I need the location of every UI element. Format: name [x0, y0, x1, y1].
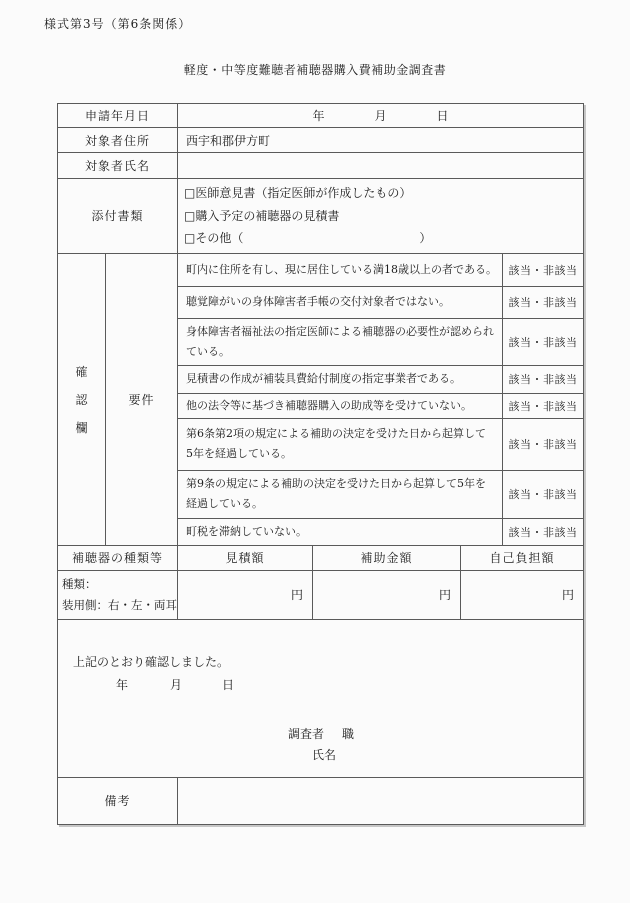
attachment-item: □その他（） — [184, 227, 579, 250]
year-unit: 年 — [116, 676, 128, 693]
hearing-aid-type-cell: 種類： 装用側：右・左・両耳 — [58, 570, 178, 619]
name-label: 対象者氏名 — [58, 153, 178, 179]
requirement-line: 他の法令等に基づき補聴器購入の助成等を受けていない。 — [186, 396, 498, 416]
application-date-field: 年月日 — [178, 104, 584, 128]
requirement-text: 聴覚障がいの身体障害者手帳の交付対象者ではない。 — [178, 286, 503, 318]
certification-section: 上記のとおり確認しました。 年 月 日 調査者 職 氏名 — [58, 619, 584, 777]
check-column-char: 認 — [75, 391, 87, 408]
checkbox-icon[interactable]: □ — [184, 205, 195, 228]
table-row: 対象者氏名 — [58, 153, 584, 179]
table-row: 申請年月日 年月日 — [58, 104, 584, 128]
requirement-line: 第6条第2項の規定による補助の決定を受けた日から起算して — [186, 424, 498, 444]
requirement-text: 見積書の作成が補装具費給付制度の指定事業者である。 — [178, 365, 503, 393]
requirement-text: 第6条第2項の規定による補助の決定を受けた日から起算して 5年を経過している。 — [178, 418, 503, 470]
type-label: 種類： — [62, 574, 175, 595]
result-options[interactable]: 該当・非該当 — [503, 365, 584, 393]
application-date-label: 申請年月日 — [58, 104, 178, 128]
requirement-text: 町内に住所を有し、現に居住している満18歳以上の者である。 — [178, 253, 503, 286]
form-number: 様式第3号（第6条関係） — [44, 15, 191, 32]
check-column-label: 確 認 欄 — [58, 253, 106, 545]
result-options[interactable]: 該当・非該当 — [503, 318, 584, 365]
year-unit: 年 — [313, 109, 325, 123]
table-row: 確 認 欄 要件 町内に住所を有し、現に居住している満18歳以上の者である。 該… — [58, 253, 584, 286]
result-options[interactable]: 該当・非該当 — [503, 393, 584, 418]
result-options[interactable]: 該当・非該当 — [503, 418, 584, 470]
attachment-text: 医師意見書（指定医師が作成したもの） — [195, 186, 411, 200]
attachment-text-close: ） — [419, 231, 431, 245]
table-row: 補聴器の種類等 見積額 補助金額 自己負担額 — [58, 545, 584, 570]
investigator-label: 調査者 — [288, 725, 324, 742]
address-value: 西宇和郡伊方町 — [178, 128, 584, 153]
wearing-side-label: 装用側：右・左・両耳 — [62, 595, 175, 616]
attachment-text: 購入予定の補聴器の見積書 — [195, 209, 339, 223]
result-options[interactable]: 該当・非該当 — [503, 518, 584, 545]
requirement-line: 第9条の規定による補助の決定を受けた日から起算して5年を — [186, 474, 498, 494]
requirement-text: 第9条の規定による補助の決定を受けた日から起算して5年を 経過している。 — [178, 470, 503, 518]
self-pay-amount-cell: 円 — [461, 570, 584, 619]
certification-statement: 上記のとおり確認しました。 — [73, 653, 229, 670]
month-unit: 月 — [375, 109, 387, 123]
check-column-char: 欄 — [75, 419, 87, 436]
attachments-label: 添付書類 — [58, 179, 178, 254]
requirement-line: 見積書の作成が補装具費給付制度の指定事業者である。 — [186, 369, 498, 389]
requirement-line: 5年を経過している。 — [186, 444, 498, 464]
requirement-line: 聴覚障がいの身体障害者手帳の交付対象者ではない。 — [186, 292, 498, 312]
requirement-text: 他の法令等に基づき補聴器購入の助成等を受けていない。 — [178, 393, 503, 418]
document-page: 様式第3号（第6条関係） 軽度・中等度難聴者補聴器購入費補助金調査書 申請年月日… — [0, 0, 630, 903]
requirement-line: 身体障害者福祉法の指定医師による補聴器の必要性が認められ — [186, 322, 498, 342]
table-row: 添付書類 □医師意見書（指定医師が作成したもの） □購入予定の補聴器の見積書 □… — [58, 179, 584, 254]
day-unit: 日 — [222, 676, 234, 693]
position-label: 職 — [342, 725, 354, 742]
checkbox-icon[interactable]: □ — [184, 227, 195, 250]
requirement-line: 町内に住所を有し、現に居住している満18歳以上の者である。 — [186, 260, 498, 280]
investigator-name-label: 氏名 — [312, 746, 336, 763]
attachments-list: □医師意見書（指定医師が作成したもの） □購入予定の補聴器の見積書 □その他（） — [178, 179, 584, 254]
hearing-aid-type-header: 補聴器の種類等 — [58, 545, 178, 570]
requirement-text: 身体障害者福祉法の指定医師による補聴器の必要性が認められ ている。 — [178, 318, 503, 365]
table-row: 上記のとおり確認しました。 年 月 日 調査者 職 氏名 — [58, 619, 584, 777]
result-options[interactable]: 該当・非該当 — [503, 470, 584, 518]
requirement-line: ている。 — [186, 342, 498, 362]
address-label: 対象者住所 — [58, 128, 178, 153]
subsidy-amount-cell: 円 — [313, 570, 461, 619]
survey-form-table: 申請年月日 年月日 対象者住所 西宇和郡伊方町 対象者氏名 添付書類 □医師意見… — [57, 103, 584, 825]
estimate-amount-cell: 円 — [178, 570, 313, 619]
requirements-label: 要件 — [106, 253, 178, 545]
result-options[interactable]: 該当・非該当 — [503, 253, 584, 286]
self-pay-amount-header: 自己負担額 — [461, 545, 584, 570]
table-row: 備考 — [58, 777, 584, 824]
requirement-line: 町税を滞納していない。 — [186, 522, 498, 542]
remarks-label: 備考 — [58, 777, 178, 824]
table-row: 種類： 装用側：右・左・両耳 円 円 円 — [58, 570, 584, 619]
requirement-text: 町税を滞納していない。 — [178, 518, 503, 545]
remarks-value — [178, 777, 584, 824]
checkbox-icon[interactable]: □ — [184, 182, 195, 205]
day-unit: 日 — [437, 109, 449, 123]
attachment-text: その他（ — [195, 231, 243, 245]
estimate-amount-header: 見積額 — [178, 545, 313, 570]
subsidy-amount-header: 補助金額 — [313, 545, 461, 570]
requirement-line: 経過している。 — [186, 494, 498, 514]
result-options[interactable]: 該当・非該当 — [503, 286, 584, 318]
page-title: 軽度・中等度難聴者補聴器購入費補助金調査書 — [0, 61, 630, 78]
month-unit: 月 — [170, 676, 182, 693]
attachment-item: □医師意見書（指定医師が作成したもの） — [184, 182, 579, 205]
table-row: 対象者住所 西宇和郡伊方町 — [58, 128, 584, 153]
name-value — [178, 153, 584, 179]
check-column-char: 確 — [75, 363, 87, 380]
attachment-item: □購入予定の補聴器の見積書 — [184, 205, 579, 228]
